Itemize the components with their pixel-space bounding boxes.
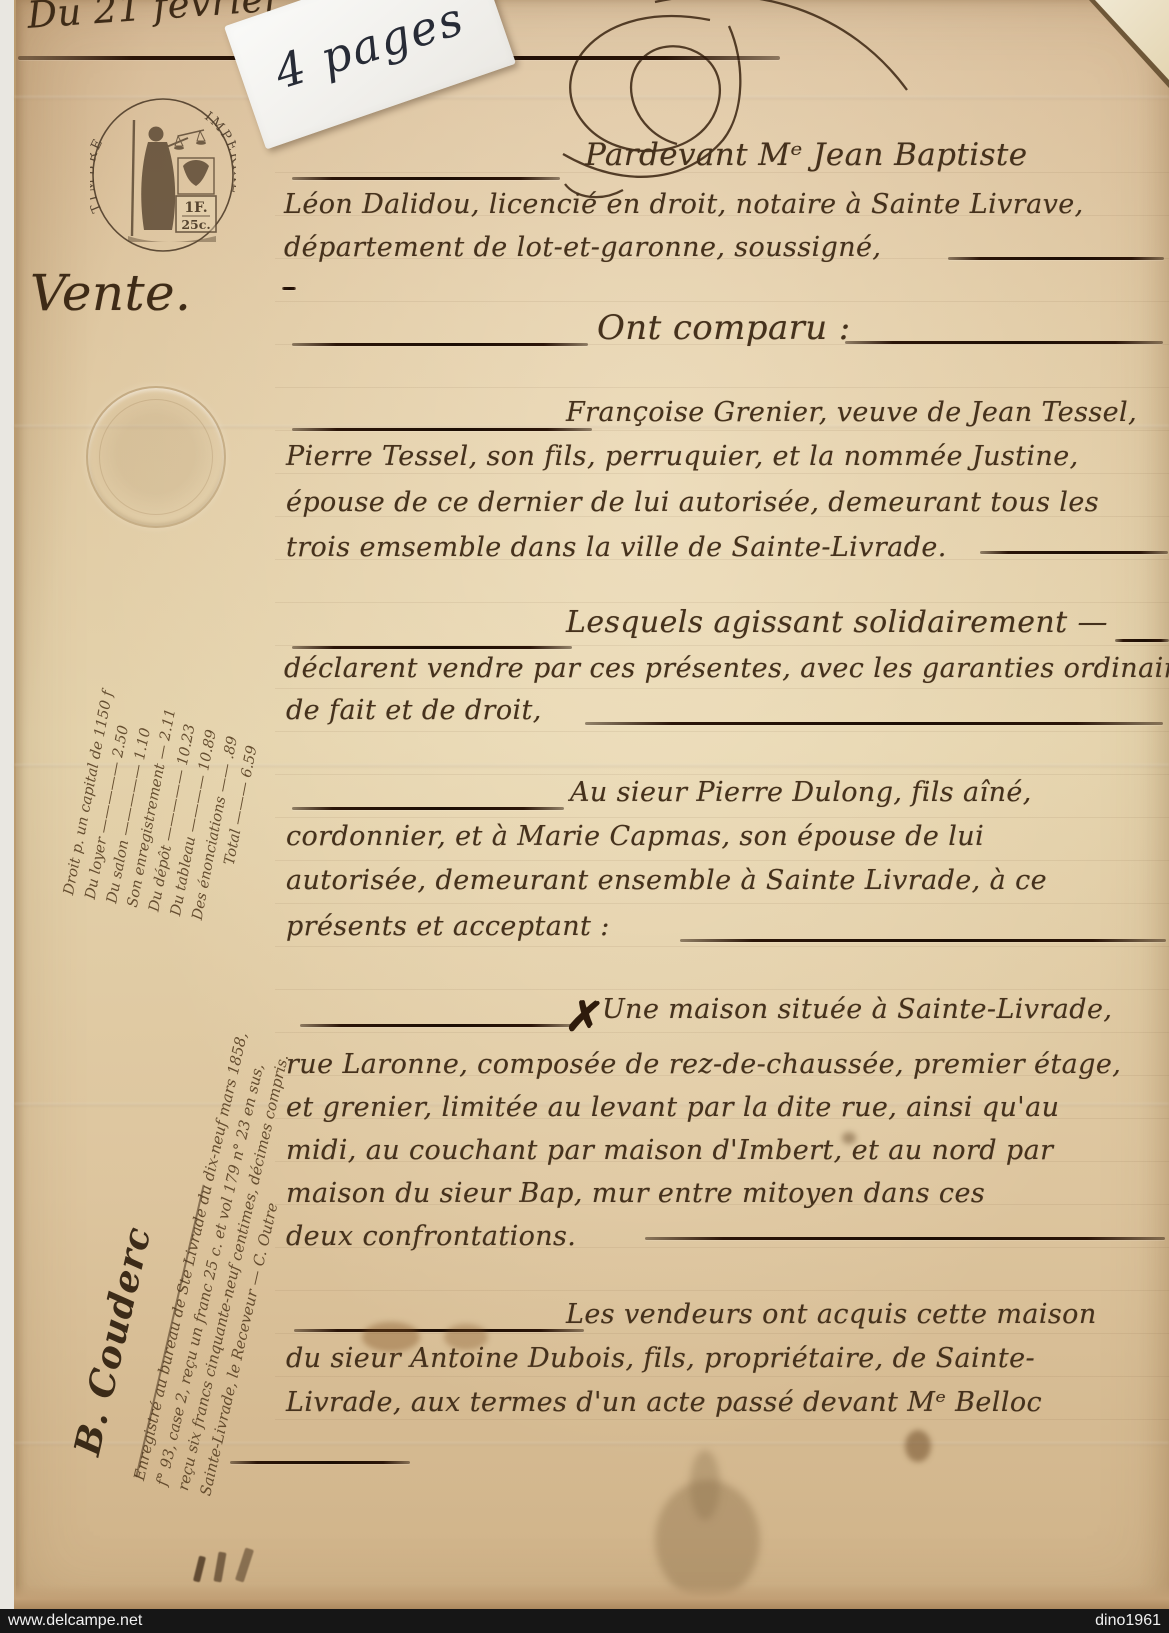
- hand-drawn-rule: [980, 551, 1168, 554]
- ink-stain: [444, 1324, 488, 1350]
- watermark-bar: www.delcampe.net dino1961: [0, 1609, 1169, 1633]
- body-line: Livrade, aux termes d'un acte passé deva…: [286, 1388, 1042, 1418]
- embossed-eagle-seal: [86, 386, 226, 528]
- body-line: Les vendeurs ont acquis cette maison: [566, 1300, 1097, 1330]
- body-line: maison du sieur Bap, mur entre mitoyen d…: [286, 1179, 985, 1209]
- body-line: Pierre Tessel, son fils, perruquier, et …: [286, 442, 1079, 472]
- stamp-value-francs: 1F.: [184, 200, 207, 216]
- ink-stain: [362, 1322, 420, 1352]
- hand-drawn-rule: [300, 1024, 572, 1027]
- hand-drawn-rule: [948, 257, 1164, 260]
- hand-drawn-rule: [645, 1237, 1165, 1240]
- svg-text:IMPERIAL: IMPERIAL: [201, 109, 236, 196]
- justice-figure: 1F. 25c.: [128, 120, 216, 242]
- body-line: Françoise Grenier, veuve de Jean Tessel,: [566, 398, 1137, 428]
- hand-drawn-rule: [292, 343, 588, 346]
- body-line: Ont comparu :: [597, 310, 851, 347]
- hand-drawn-rule: [1115, 639, 1169, 642]
- body-line: cordonnier, et à Marie Capmas, son épous…: [286, 822, 984, 852]
- watermark-site: www.delcampe.net: [8, 1612, 142, 1630]
- body-line: midi, au couchant par maison d'Imbert, e…: [286, 1136, 1053, 1166]
- water-stain: [690, 1450, 720, 1520]
- stamp-arc-left-text: TIMBRE: [90, 134, 107, 214]
- svg-text:TIMBRE: TIMBRE: [90, 134, 107, 214]
- body-line: présents et acceptant :: [286, 912, 610, 942]
- stamp-arc-right-text: IMPERIAL: [201, 109, 236, 196]
- scanned-document: TIMBRE IMPERIAL 1F. 25c.: [0, 0, 1169, 1633]
- hand-drawn-rule: [845, 341, 1163, 344]
- initial-flourish-P: [505, 0, 935, 207]
- body-line: épouse de ce dernier de lui autorisée, d…: [286, 488, 1099, 518]
- pages-count-label: 4 pages: [269, 0, 471, 99]
- hand-drawn-rule: [292, 646, 572, 649]
- body-line: Léon Dalidou, licencié en droit, notaire…: [284, 190, 1084, 220]
- ink-stain: [905, 1430, 931, 1462]
- hand-drawn-rule: [585, 722, 1163, 725]
- hand-drawn-rule: [292, 177, 560, 180]
- hand-drawn-rule: [230, 1461, 410, 1464]
- hand-drawn-rule: [292, 807, 564, 810]
- body-line: département de lot-et-garonne, soussigné…: [284, 233, 881, 263]
- body-line: et grenier, limitée au levant par la dit…: [286, 1093, 1059, 1123]
- body-line: de fait et de droit,: [286, 696, 542, 726]
- side-title: Vente.: [30, 266, 191, 321]
- imperial-revenue-stamp: TIMBRE IMPERIAL 1F. 25c.: [90, 96, 236, 254]
- body-line: Une maison située à Sainte-Livrade,: [602, 995, 1112, 1025]
- hand-drawn-rule: [680, 939, 1166, 942]
- x-mark: ✗: [563, 990, 607, 1046]
- body-line: Au sieur Pierre Dulong, fils aîné,: [570, 778, 1032, 808]
- hand-drawn-rule: [294, 1329, 584, 1332]
- body-line: déclarent vendre par ces présentes, avec…: [284, 654, 1169, 684]
- hand-drawn-rule: [282, 287, 296, 290]
- body-line: rue Laronne, composée de rez-de-chaussée…: [286, 1050, 1121, 1080]
- body-line: Pardevant Mᵉ Jean Baptiste: [585, 138, 1028, 172]
- body-line: trois emsemble dans la ville de Sainte-L…: [286, 533, 947, 563]
- watermark-user: dino1961: [1095, 1612, 1161, 1630]
- body-line: autorisée, demeurant ensemble à Sainte L…: [286, 866, 1047, 896]
- stamp-value-centimes: 25c.: [181, 217, 210, 232]
- body-line: Lesquels agissant solidairement —: [566, 606, 1108, 639]
- ink-spot: [842, 1132, 856, 1144]
- hand-drawn-rule: [292, 428, 592, 431]
- body-line: deux confrontations.: [286, 1222, 576, 1252]
